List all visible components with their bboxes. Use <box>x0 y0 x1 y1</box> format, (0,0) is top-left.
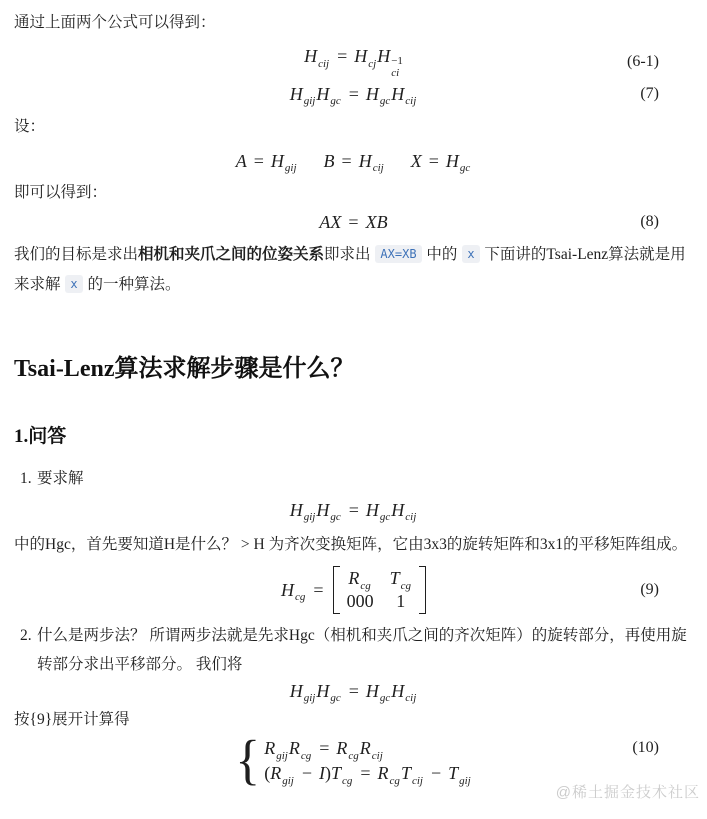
article-page: 通过上面两个公式可以得到： Hcij=HcjH−1ci (6-1) HgijHg… <box>0 0 707 819</box>
list-item-1: 1. 要求解 <box>14 468 693 490</box>
equation-7: HgijHgc=HgcHcij (7) <box>14 78 693 110</box>
equation-number-10: (10) <box>632 739 659 757</box>
matrix-bracket-left <box>333 566 340 614</box>
goal-run-3: 中的 <box>423 246 462 263</box>
cases-rows: RgijRcg=RcgRcij (Rgij−I)Tcg=RcgTcij−Tgij <box>264 738 472 784</box>
list-item-2-number: 2. <box>14 621 37 679</box>
matrix-bracket-right <box>419 566 426 614</box>
expand-paragraph: 按{9}展开计算得 <box>14 709 693 731</box>
subsection-heading: 1.问答 <box>14 424 693 450</box>
equation-number-8: (8) <box>640 213 659 231</box>
inline-code-x-2: x <box>65 275 82 293</box>
cases-row-2: (Rgij−I)Tcg=RcgTcij−Tgij <box>264 763 472 784</box>
then-paragraph: 即可以得到： <box>14 182 693 204</box>
list-item-1-text: 要求解 <box>37 468 84 490</box>
goal-run-1: 我们的目标是求出 <box>14 246 138 263</box>
goal-run-2: 即求出 <box>324 246 374 263</box>
formula-solve-2: HgijHgc=HgcHcij <box>290 681 418 702</box>
equation-solve-1: HgijHgc=HgcHcij <box>14 494 693 526</box>
goal-run-5: 的一种算法。 <box>84 276 181 293</box>
goal-bold-text: 相机和夹爪之间的位姿关系 <box>138 246 324 263</box>
goal-paragraph: 我们的目标是求出相机和夹爪之间的位姿关系即求出 AX=XB 中的 x 下面讲的T… <box>14 240 693 300</box>
formula-ax-xb: AX=XB <box>319 212 387 233</box>
let-paragraph: 设： <box>14 116 693 138</box>
list-item-2: 2. 什么是两步法？ 所谓两步法就是先求Hgc（相机和夹爪之间的齐次矩阵）的旋转… <box>14 621 693 679</box>
list-item-1-number: 1. <box>14 468 37 490</box>
equation-number-6-1: (6-1) <box>627 53 659 71</box>
formula-hgij-hgc: HgijHgc=HgcHcij <box>290 84 418 105</box>
section-heading: Tsai-Lenz算法求解步骤是什么？ <box>14 352 693 386</box>
cases-brace-icon: { <box>235 736 260 785</box>
formula-solve-1: HgijHgc=HgcHcij <box>290 500 418 521</box>
equation-8: AX=XB (8) <box>14 206 693 238</box>
matrix-cell-r2c2: 1 <box>396 591 405 612</box>
matrix-cell-r1c1: Rcg <box>348 568 371 589</box>
cases-row-1: RgijRcg=RcgRcij <box>264 738 384 759</box>
formula-h-cij: Hcij=HcjH−1ci <box>304 46 403 78</box>
matrix-cells: Rcg Tcg 000 1 <box>345 566 414 614</box>
hgc-paragraph: 中的Hgc，首先要知道H是什么？ > H 为齐次变换矩阵，它由3x3的旋转矩阵和… <box>14 530 693 559</box>
matrix-cell-r2c1: 000 <box>347 591 374 612</box>
formula-hcg-lhs: Hcg= <box>281 580 331 601</box>
list-item-2-text: 什么是两步法？ 所谓两步法就是先求Hgc（相机和夹爪之间的齐次矩阵）的旋转部分，… <box>37 621 693 679</box>
intro-paragraph: 通过上面两个公式可以得到： <box>14 12 693 34</box>
equation-abx-definition: A=HgijB=HcijX=Hgc <box>14 144 693 178</box>
equation-solve-2: HgijHgc=HgcHcij <box>14 675 693 707</box>
equation-9: Hcg= Rcg Tcg 000 1 (9) <box>14 561 693 619</box>
equation-number-7: (7) <box>640 85 659 103</box>
cases-group: { RgijRcg=RcgRcij (Rgij−I)Tcg=RcgTcij−Tg… <box>235 738 472 785</box>
matrix-cell-r1c2: Tcg <box>390 568 412 589</box>
equation-10: { RgijRcg=RcgRcij (Rgij−I)Tcg=RcgTcij−Tg… <box>14 731 693 791</box>
formula-a-b-x: A=HgijB=HcijX=Hgc <box>236 151 471 172</box>
matrix: Rcg Tcg 000 1 <box>333 566 426 614</box>
inline-code-x-1: x <box>462 245 479 263</box>
inline-code-axxb: AX=XB <box>375 245 421 263</box>
equation-number-9: (9) <box>640 581 659 599</box>
equation-6-1: Hcij=HcjH−1ci (6-1) <box>14 46 693 78</box>
